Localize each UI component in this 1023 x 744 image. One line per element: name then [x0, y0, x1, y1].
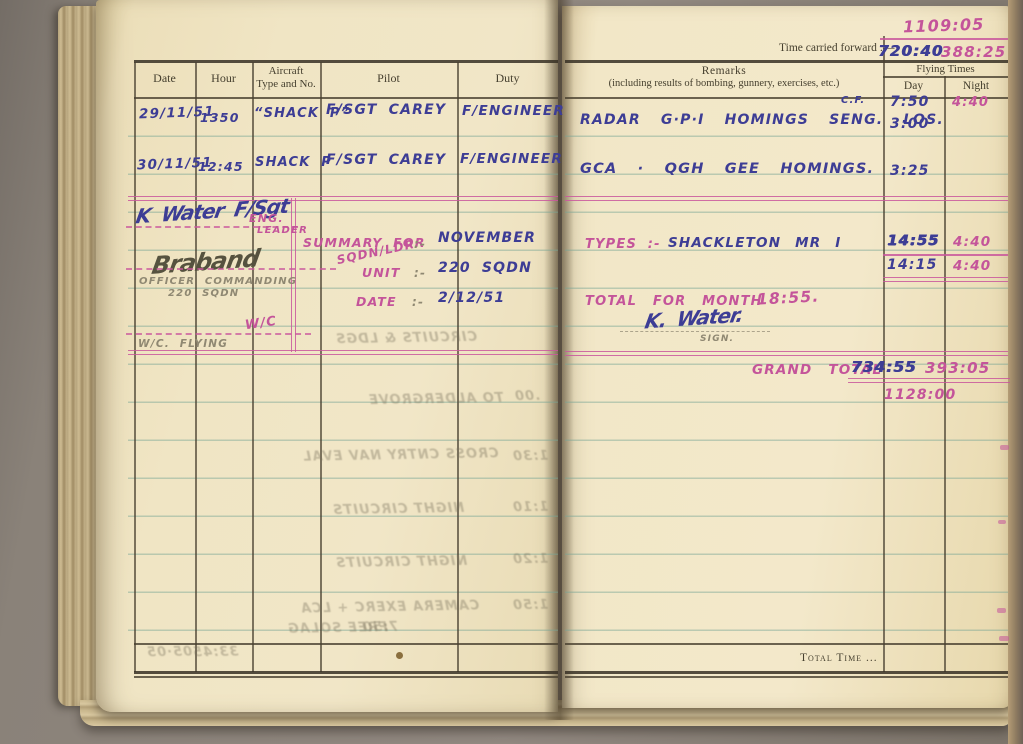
edge-ink-mark	[999, 636, 1009, 641]
column-divider	[320, 62, 322, 672]
bleed-through-text: 7:50	[362, 620, 399, 636]
entry-remarks: GCA · QGH GEE HOMINGS.	[580, 161, 874, 177]
entry-cf-day: 7:50	[890, 94, 930, 110]
grand-total-night: 393:05	[925, 359, 990, 377]
edge-ink-mark	[997, 608, 1006, 613]
summary-separator: :-	[414, 266, 426, 280]
section-rule-pink	[565, 196, 1008, 201]
summary-date-value: 2/12/51	[438, 290, 505, 306]
ink-speck	[396, 652, 403, 659]
carried-forward-day: 720:40	[878, 42, 943, 60]
column-header-aircraft-sub: Type and No.	[252, 78, 320, 90]
grand-total-day: 734:55	[851, 358, 916, 376]
flying-times-rule	[883, 76, 1008, 78]
section-rule-pink	[565, 351, 1008, 356]
entry-hour: 1350	[200, 110, 240, 125]
eng-role-label: LEADER	[257, 225, 308, 236]
entry-duty: F/ENGINEER	[460, 151, 563, 167]
eng-role-label: ENG.	[249, 212, 284, 225]
entry-cf-label: C.F.	[841, 95, 865, 106]
sign-caption: SIGN.	[700, 334, 734, 344]
column-header-aircraft: Aircraft	[252, 65, 320, 77]
grand-total-underline	[848, 378, 1010, 383]
bottom-double-rule	[134, 676, 558, 678]
bleed-through-text: 1:50	[512, 598, 549, 614]
carried-forward-night: 388:25	[941, 43, 1006, 61]
bleed-through-text: 1:30	[512, 449, 549, 465]
bleed-through-text: 05·05	[146, 645, 192, 661]
oc-caption: OFFICER COMMANDING	[139, 276, 297, 287]
entry-pilot: F/SGT CAREY	[326, 152, 446, 168]
column-header-hour: Hour	[195, 71, 252, 86]
oc-caption: 220 SQDN	[168, 288, 239, 299]
bleed-through-text: NIGHT CIRCUITS	[332, 501, 464, 518]
page-stack-edge-left	[58, 6, 98, 706]
signature-dashed-line	[620, 331, 770, 332]
signature-dashed-line	[126, 333, 311, 335]
entry-duty: F/ENGINEER	[462, 103, 565, 119]
types-day-total-corrected: 14:15	[887, 257, 938, 273]
grand-total-sum: 1128:00	[884, 387, 956, 403]
column-header-pilot: Pilot	[320, 71, 457, 86]
types-value: SHACKLETON MR I	[668, 235, 841, 251]
entry-cf-night: 4:40	[952, 95, 989, 110]
total-for-month-value: 18:55.	[757, 287, 820, 308]
summary-separator: :-	[412, 295, 424, 309]
types-row-underline	[883, 254, 1008, 256]
bleed-through-text: 1:10	[512, 500, 549, 516]
header-bottom-rule-left	[134, 97, 558, 99]
column-header-date: Date	[134, 71, 195, 86]
summary-divider-pink	[291, 198, 296, 352]
column-divider	[252, 62, 254, 672]
summary-separator: :-	[414, 237, 426, 251]
column-divider	[457, 62, 459, 672]
column-header-night: Night	[944, 80, 1008, 92]
carried-forward-underline	[880, 38, 1008, 40]
column-header-duty: Duty	[457, 71, 558, 86]
types-night-total: 4:40	[953, 234, 991, 250]
bottom-double-rule	[565, 676, 1008, 678]
bleed-through-text: CIRCUITS & LDGS	[335, 330, 477, 347]
bleed-through-text: CAMERA EXERC + LCA	[300, 598, 479, 616]
column-divider	[195, 62, 197, 672]
entry-day-time: 3:25	[890, 163, 930, 179]
bleed-through-text: NIGHT CIRCUITS	[335, 554, 467, 571]
edge-ink-mark	[1000, 445, 1009, 450]
logbook-scan: 1109:05 Time carried forward :— 720:40 3…	[0, 0, 1023, 744]
page-edge-right	[1008, 0, 1023, 744]
running-total-value: 1109:05	[903, 15, 985, 37]
column-header-remarks-sub: (including results of bombing, gunnery, …	[565, 78, 883, 89]
column-header-flying-times: Flying Times	[883, 63, 1008, 75]
summary-date-label: DATE	[356, 294, 397, 309]
wc-caption: W/C. FLYING	[138, 338, 228, 350]
edge-ink-mark	[998, 520, 1006, 524]
bottom-row-rule-right	[565, 643, 1008, 645]
types-label: TYPES :-	[585, 237, 661, 252]
column-header-remarks: Remarks	[565, 65, 883, 77]
total-time-label: Total Time ...	[800, 652, 878, 664]
table-top-rule-left	[134, 60, 558, 63]
bottom-double-rule	[565, 671, 1008, 674]
summary-unit-value: 220 SQDN	[438, 260, 532, 276]
summary-for-value: NOVEMBER	[438, 230, 536, 246]
types-row-underline	[883, 277, 1008, 282]
entry-aircraft: SHACK P	[255, 155, 332, 170]
summary-for-label: SUMMARY FOR	[303, 235, 426, 250]
column-divider	[134, 62, 136, 672]
bleed-through-text: 1:20	[512, 552, 549, 568]
bleed-through-text: TO ALDERGROVE	[368, 391, 504, 408]
types-night-total-corrected: 4:40	[953, 258, 991, 274]
bottom-double-rule	[134, 671, 558, 674]
bottom-row-rule-left	[134, 643, 558, 645]
bleed-through-text: .00	[514, 389, 540, 404]
header-bottom-rule-right	[565, 97, 1008, 99]
types-day-total: 14:55	[887, 233, 939, 249]
entry-hour: 12:45	[198, 159, 244, 174]
entry-day-time: 3:00	[890, 116, 930, 132]
summary-unit-label: UNIT	[362, 265, 401, 280]
section-rule-pink	[128, 350, 558, 355]
column-header-day: Day	[883, 80, 944, 92]
entry-pilot: F/SGT CAREY	[326, 102, 446, 118]
bleed-through-text: 33:45	[192, 645, 239, 661]
signature-dashed-line	[126, 268, 336, 270]
